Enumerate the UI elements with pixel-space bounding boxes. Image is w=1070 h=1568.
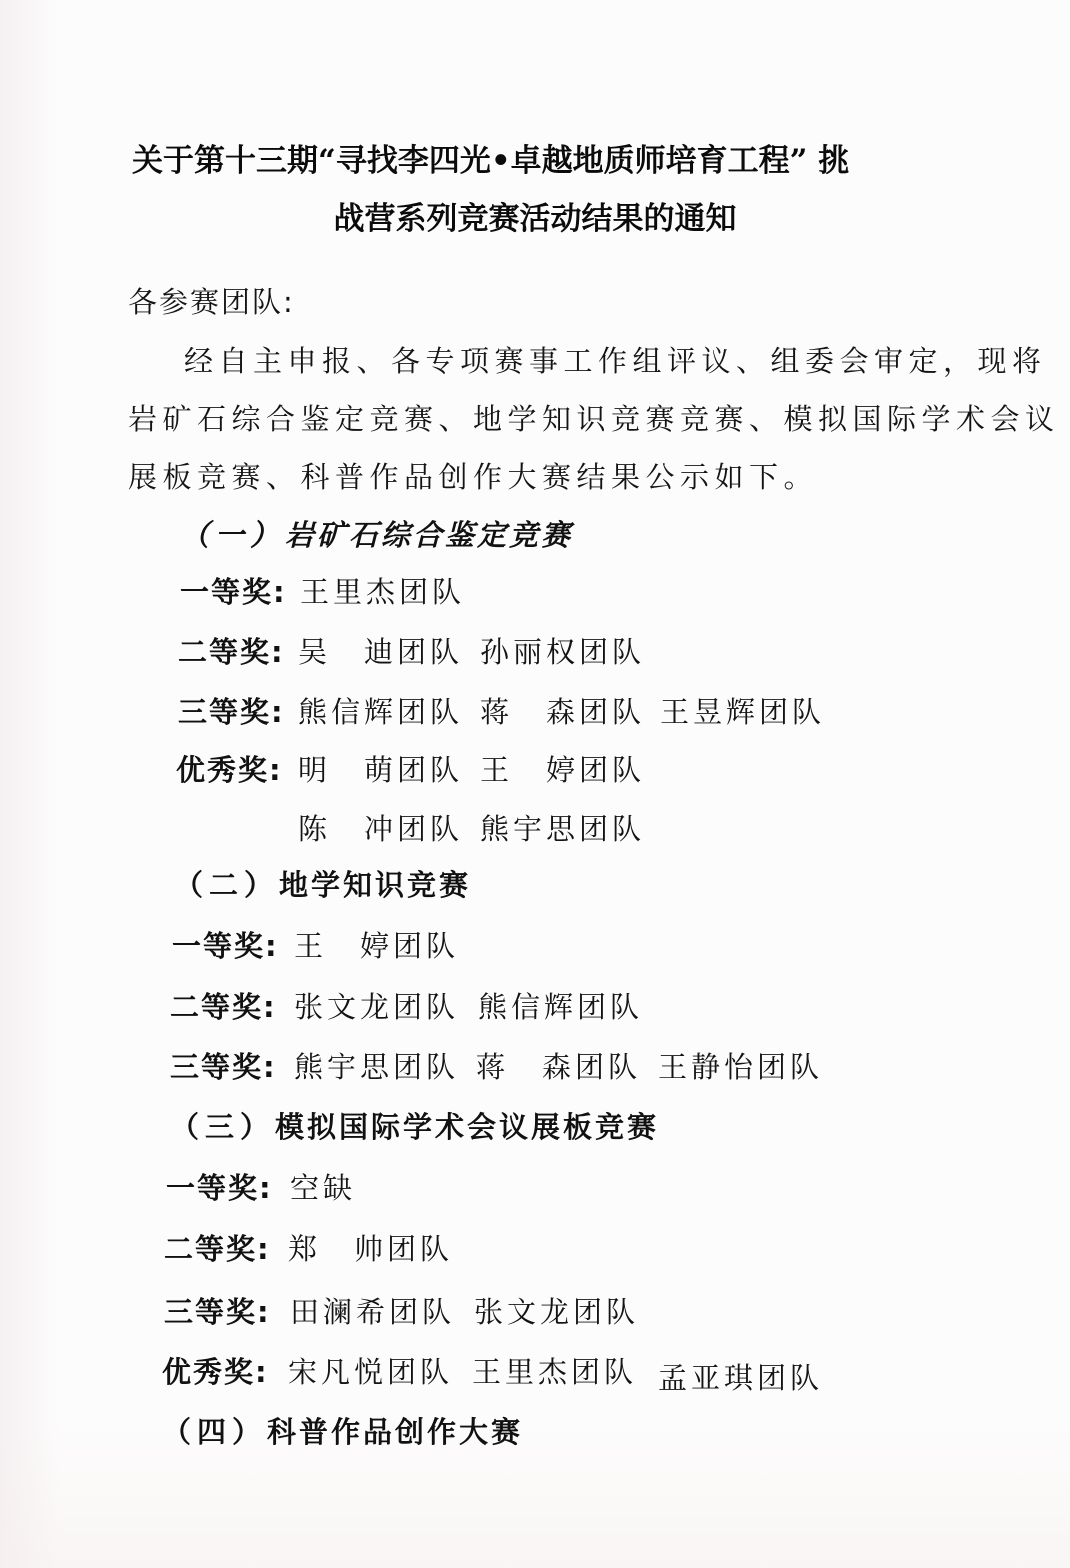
- team-name: 吴 迪团队: [298, 630, 463, 671]
- document-title-line-1: 关于第十三期“寻找李四光•卓越地质师培育工程” 挑: [132, 135, 932, 180]
- intro-paragraph-line-1: 经自主申报、各专项赛事工作组评议、组委会审定，现将: [184, 339, 1047, 380]
- award-label: 三等奖:: [178, 690, 285, 731]
- team-name: 郑 帅团队: [288, 1227, 453, 1268]
- award-label: 三等奖:: [170, 1045, 277, 1086]
- document-title-line-2: 战营系列竞赛活动结果的通知: [0, 193, 1070, 238]
- team-name: 田澜希团队: [290, 1290, 455, 1331]
- award-label: 二等奖:: [164, 1227, 271, 1268]
- team-name: 王里杰团队: [472, 1350, 637, 1391]
- team-name: 熊宇思团队: [480, 807, 645, 848]
- section-number: （三）: [170, 1110, 275, 1144]
- team-name: 宋凡悦团队: [288, 1350, 453, 1391]
- award-label: 优秀奖:: [176, 748, 283, 789]
- award-label: 二等奖:: [170, 985, 277, 1026]
- section-name: 地学知识竞赛: [279, 868, 471, 902]
- team-name: 王里杰团队: [300, 570, 465, 611]
- team-name: 张文龙团队: [294, 985, 459, 1026]
- intro-paragraph-line-3: 展板竞赛、科普作品创作大赛结果公示如下。: [128, 455, 818, 496]
- team-name: 蒋 森团队: [476, 1045, 641, 1086]
- team-name: 熊信辉团队: [298, 690, 463, 731]
- team-name: 蒋 森团队: [480, 690, 645, 731]
- greeting: 各参赛团队:: [128, 280, 295, 321]
- team-name: 王静怡团队: [658, 1045, 823, 1086]
- award-label: 优秀奖:: [162, 1350, 269, 1391]
- award-label: 一等奖:: [180, 570, 287, 611]
- award-label: 三等奖:: [164, 1290, 271, 1331]
- intro-paragraph-line-2: 岩矿石综合鉴定竞赛、地学知识竞赛竞赛、模拟国际学术会议: [128, 397, 1060, 438]
- team-name: 空缺: [290, 1166, 356, 1207]
- section-heading-geoscience-knowledge: （二）地学知识竞赛: [174, 863, 471, 904]
- team-name: 孙丽权团队: [480, 630, 645, 671]
- section-heading-rock-mineral: （一）岩矿石综合鉴定竞赛: [180, 513, 573, 554]
- team-name: 张文龙团队: [474, 1290, 639, 1331]
- section-name: 岩矿石综合鉴定竞赛: [285, 518, 573, 552]
- section-heading-poster-competition: （三）模拟国际学术会议展板竞赛: [170, 1105, 659, 1146]
- team-name: 陈 冲团队: [298, 807, 463, 848]
- award-label: 一等奖:: [172, 924, 279, 965]
- section-heading-science-popularization: （四）科普作品创作大赛: [162, 1410, 523, 1451]
- section-name: 模拟国际学术会议展板竞赛: [275, 1110, 659, 1144]
- team-name: 王 婷团队: [480, 748, 645, 789]
- scan-shadow-bottom: [0, 1418, 1070, 1568]
- team-name: 熊宇思团队: [294, 1045, 459, 1086]
- team-name: 明 萌团队: [298, 748, 463, 789]
- section-number: （二）: [174, 868, 279, 902]
- team-name: 王 婷团队: [294, 924, 459, 965]
- section-number: （一）: [180, 518, 285, 552]
- section-name: 科普作品创作大赛: [267, 1415, 523, 1449]
- section-number: （四）: [162, 1415, 267, 1449]
- team-name: 孟亚琪团队: [658, 1356, 823, 1397]
- team-name: 王昱辉团队: [660, 690, 825, 731]
- team-name: 熊信辉团队: [478, 985, 643, 1026]
- award-label: 二等奖:: [178, 630, 285, 671]
- award-label: 一等奖:: [166, 1166, 273, 1207]
